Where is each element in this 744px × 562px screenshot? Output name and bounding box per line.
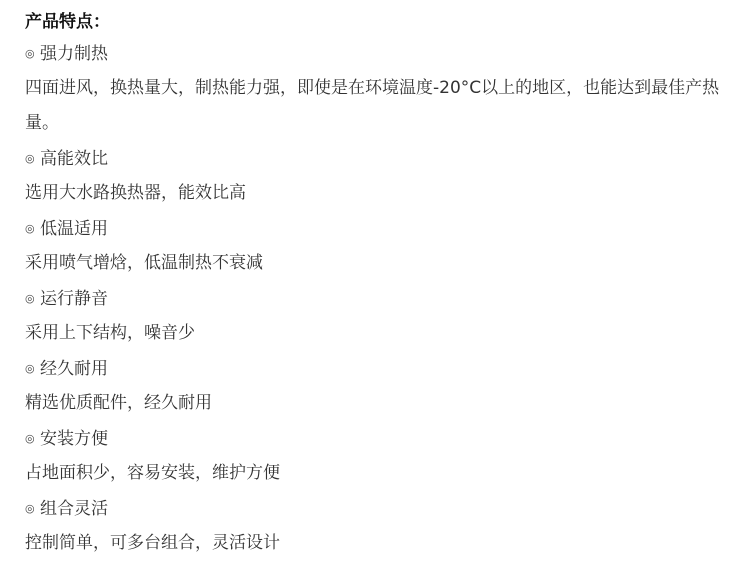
circle-bullet-icon: ◎ (25, 351, 40, 386)
feature-durable: ◎经久耐用 精选优质配件，经久耐用 (25, 351, 744, 421)
feature-heading: ◎强力制热 (25, 36, 744, 71)
feature-description: 采用上下结构，噪音少 (25, 316, 744, 351)
feature-description-continued: 量。 (25, 106, 744, 141)
product-features-document: 产品特点： ◎强力制热 四面进风，换热量大，制热能力强，即使是在环境温度-20°… (0, 0, 744, 561)
feature-description: 占地面积少，容易安装，维护方便 (25, 456, 744, 491)
feature-heading: ◎低温适用 (25, 211, 744, 246)
feature-description: 采用喷气增焓，低温制热不衰减 (25, 246, 744, 281)
feature-heading-text: 运行静音 (40, 289, 108, 309)
feature-description: 四面进风，换热量大，制热能力强，即使是在环境温度-20°C以上的地区，也能达到最… (25, 71, 744, 106)
feature-heading-text: 强力制热 (40, 44, 108, 64)
feature-description: 控制简单，可多台组合，灵活设计 (25, 526, 744, 561)
feature-heading: ◎高能效比 (25, 141, 744, 176)
section-title: 产品特点： (25, 8, 744, 36)
feature-description: 精选优质配件，经久耐用 (25, 386, 744, 421)
feature-heading-text: 高能效比 (40, 149, 108, 169)
circle-bullet-icon: ◎ (25, 36, 40, 71)
feature-heading-text: 经久耐用 (40, 359, 108, 379)
feature-heading: ◎安装方便 (25, 421, 744, 456)
feature-easy-installation: ◎安装方便 占地面积少，容易安装，维护方便 (25, 421, 744, 491)
feature-heading: ◎经久耐用 (25, 351, 744, 386)
circle-bullet-icon: ◎ (25, 421, 40, 456)
circle-bullet-icon: ◎ (25, 141, 40, 176)
feature-high-efficiency: ◎高能效比 选用大水路换热器，能效比高 (25, 141, 744, 211)
feature-heading-text: 低温适用 (40, 219, 108, 239)
circle-bullet-icon: ◎ (25, 211, 40, 246)
circle-bullet-icon: ◎ (25, 491, 40, 526)
feature-description: 选用大水路换热器，能效比高 (25, 176, 744, 211)
feature-quiet-operation: ◎运行静音 采用上下结构，噪音少 (25, 281, 744, 351)
feature-heading-text: 安装方便 (40, 429, 108, 449)
feature-strong-heating: ◎强力制热 四面进风，换热量大，制热能力强，即使是在环境温度-20°C以上的地区… (25, 36, 744, 141)
feature-heading-text: 组合灵活 (40, 499, 108, 519)
feature-low-temperature: ◎低温适用 采用喷气增焓，低温制热不衰减 (25, 211, 744, 281)
feature-heading: ◎组合灵活 (25, 491, 744, 526)
feature-flexible-combination: ◎组合灵活 控制简单，可多台组合，灵活设计 (25, 491, 744, 561)
circle-bullet-icon: ◎ (25, 281, 40, 316)
feature-heading: ◎运行静音 (25, 281, 744, 316)
